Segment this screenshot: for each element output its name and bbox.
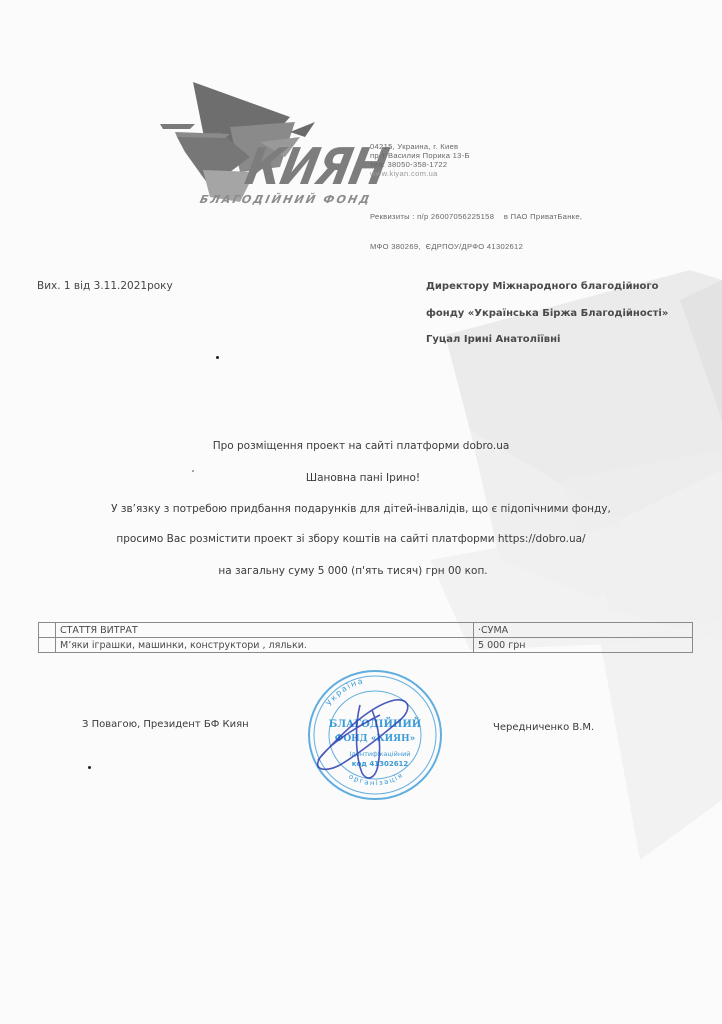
- table-header-item: СТАТТЯ ВИТРАТ: [56, 623, 474, 638]
- bank-line: Реквизиты : п/р 26007056225158 в ПАО При…: [370, 212, 582, 222]
- addressee-line: Гуцал Ірині Анатоліївні: [426, 334, 668, 361]
- addressee-line: фонду «Українська Біржа Благодійності»: [426, 308, 668, 335]
- official-stamp-icon: Україна організація БЛАГОДІЙНИЙ ФОНД «КИ…: [300, 665, 450, 805]
- closing-regards: З Повагою, Президент БФ Киян: [82, 719, 249, 730]
- table-header-amount: ·СУМА: [474, 623, 693, 638]
- table-row: М’яки іграшки, машинки, конструктори , л…: [39, 638, 693, 653]
- address-line: 04215, Украина, г. Киев: [370, 142, 470, 151]
- letter-page: КИЯН БЛАГОДІЙНИЙ ФОНД 04215, Украина, г.…: [0, 0, 722, 1024]
- table-cell: [39, 638, 56, 653]
- body-paragraph-line: У зв’язку з потребою придбання подарункі…: [0, 503, 722, 515]
- address-line: пр-т Василия Порика 13-Б: [370, 151, 470, 160]
- scan-speck: [192, 470, 194, 472]
- outgoing-reference: Вих. 1 від 3.11.2021року: [37, 280, 173, 292]
- brand-subtitle: БЛАГОДІЙНИЙ ФОНД: [199, 193, 373, 206]
- table-cell-amount: 5 000 грн: [474, 638, 693, 653]
- scan-speck: [216, 356, 219, 359]
- body-paragraph-line: просимо Вас розмістити проект зі збору к…: [0, 533, 712, 545]
- expenses-table: СТАТТЯ ВИТРАТ ·СУМА М’яки іграшки, машин…: [38, 622, 693, 653]
- stamp-center-line2: ФОНД «КИЯН»: [335, 734, 415, 744]
- bank-details: Реквизиты : п/р 26007056225158 в ПАО При…: [370, 192, 582, 272]
- signer-name: Чередниченко В.М.: [493, 722, 594, 733]
- table-header-row: СТАТТЯ ВИТРАТ ·СУМА: [39, 623, 693, 638]
- letter-greeting: Шановна пані Ірино!: [2, 472, 722, 484]
- phone-line: тел: 38050-358-1722: [370, 160, 470, 169]
- org-contacts: 04215, Украина, г. Киев пр-т Василия Пор…: [370, 142, 470, 178]
- table-cell: [39, 623, 56, 638]
- addressee-block: Директору Міжнародного благодійного фонд…: [426, 281, 668, 361]
- website-link[interactable]: www.kiyan.com.ua: [370, 169, 470, 178]
- addressee-line: Директору Міжнародного благодійного: [426, 281, 668, 308]
- body-paragraph-line: на загальну суму 5 000 (п'ять тисяч) грн…: [0, 565, 714, 577]
- scan-speck: [88, 766, 91, 769]
- svg-text:Україна: Україна: [324, 676, 364, 708]
- bank-line: МФО 380269, ЄДРПОУ/ДРФО 41302612: [370, 242, 582, 252]
- stamp-text-top: Україна: [324, 676, 364, 708]
- letter-subject: Про розміщення проект на сайті платформи…: [0, 440, 722, 452]
- table-cell-item: М’яки іграшки, машинки, конструктори , л…: [56, 638, 474, 653]
